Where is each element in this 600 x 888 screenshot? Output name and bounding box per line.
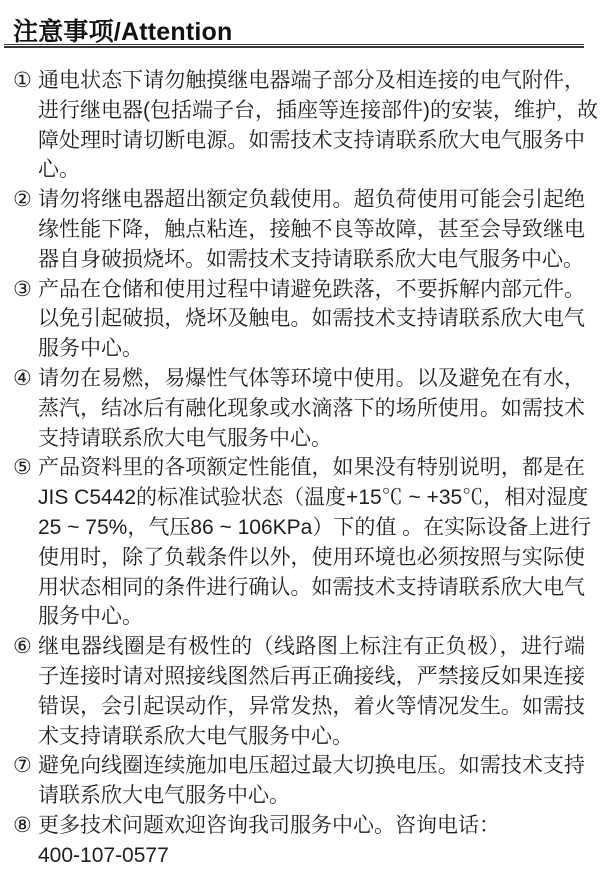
item-text-line: 继电器线圈是有极性的（线路图上标注有正负极），进行端: [38, 632, 585, 662]
item-text-line: 用状态相同的条件进行确认。如需技术支持请联系欣大电气: [38, 573, 585, 603]
item-text-line: 400-107-0577: [38, 841, 585, 871]
item-text-line: 请勿在易燃，易爆性气体等环境中使用。以及避免在有水，: [38, 364, 585, 394]
title-underline: [4, 44, 584, 48]
item-text-line: 请联系欣大电气服务中心。: [38, 781, 585, 811]
item-number-marker: ⑦: [13, 751, 38, 781]
item-number-marker: ①: [13, 66, 38, 96]
attention-item: ①通电状态下请勿触摸继电器端子部分及相连接的电气附件，进行继电器(包括端子台，插…: [13, 66, 585, 185]
attention-item: ②请勿将继电器超出额定负载使用。超负荷使用可能会引起绝缘性能下降，触点粘连，接触…: [13, 185, 585, 274]
item-number-marker: ④: [13, 364, 38, 394]
item-text-line: 子连接时请对照接线图然后再正确接线，严禁接反如果连接: [38, 662, 585, 692]
item-text-line: 支持请联系欣大电气服务中心。: [38, 424, 585, 454]
attention-document-page: 注意事项/Attention ①通电状态下请勿触摸继电器端子部分及相连接的电气附…: [0, 0, 600, 888]
item-text-line: 障处理时请切断电源。如需技术支持请联系欣大电气服务中: [38, 126, 585, 156]
attention-item: ③产品在仓储和使用过程中请避免跌落，不要拆解内部元件。以免引起破损，烧坏及触电。…: [13, 275, 585, 364]
attention-list: ①通电状态下请勿触摸继电器端子部分及相连接的电气附件，进行继电器(包括端子台，插…: [13, 66, 585, 871]
attention-item: ⑤产品资料里的各项额定性能值，如果没有特别说明，都是在JIS C5442的标准试…: [13, 453, 585, 632]
item-text-line: 25 ~ 75%，气压86 ~ 106KPa）下的值 。在实际设备上进行: [38, 513, 585, 543]
item-text-line: 服务中心。: [38, 334, 585, 364]
item-text-line: 服务中心。: [38, 602, 585, 632]
item-number-marker: ②: [13, 185, 38, 215]
item-text-line: 产品资料里的各项额定性能值，如果没有特别说明，都是在: [38, 453, 585, 483]
item-text-line: 蒸汽，结冰后有融化现象或水滴落下的场所使用。如需技术: [38, 394, 585, 424]
item-text-line: 避免向线圈连续施加电压超过最大切换电压。如需技术支持: [38, 751, 585, 781]
item-number-marker: ③: [13, 275, 38, 305]
attention-item: ⑦避免向线圈连续施加电压超过最大切换电压。如需技术支持请联系欣大电气服务中心。: [13, 751, 585, 811]
item-text-line: 心。: [38, 155, 585, 185]
item-text-line: 请勿将继电器超出额定负载使用。超负荷使用可能会引起绝: [38, 185, 585, 215]
item-number-marker: ⑧: [13, 811, 38, 841]
item-text-line: 进行继电器(包括端子台，插座等连接部件)的安装，维护，故: [38, 96, 585, 126]
item-text-line: 错误，会引起误动作，异常发热，着火等情况发生。如需技: [38, 692, 585, 722]
attention-item: ⑧更多技术问题欢迎咨询我司服务中心。咨询电话：400-107-0577: [13, 811, 585, 871]
item-text-line: 更多技术问题欢迎咨询我司服务中心。咨询电话：: [38, 811, 585, 841]
item-text-line: 使用时，除了负载条件以外，使用环境也必须按照与实际使: [38, 543, 585, 573]
item-text-line: 通电状态下请勿触摸继电器端子部分及相连接的电气附件，: [38, 66, 585, 96]
item-number-marker: ⑤: [13, 453, 38, 483]
page-title: 注意事项/Attention: [13, 12, 232, 48]
item-text-line: 器自身破损烧坏。如需技术支持请联系欣大电气服务中心。: [38, 245, 585, 275]
attention-item: ④请勿在易燃，易爆性气体等环境中使用。以及避免在有水，蒸汽，结冰后有融化现象或水…: [13, 364, 585, 453]
item-text-line: 以免引起破损，烧坏及触电。如需技术支持请联系欣大电气: [38, 304, 585, 334]
attention-item: ⑥继电器线圈是有极性的（线路图上标注有正负极），进行端子连接时请对照接线图然后再…: [13, 632, 585, 751]
item-text-line: 缘性能下降，触点粘连，接触不良等故障，甚至会导致继电: [38, 215, 585, 245]
item-text-line: 产品在仓储和使用过程中请避免跌落，不要拆解内部元件。: [38, 275, 585, 305]
item-text-line: JIS C5442的标准试验状态（温度+15℃ ~ +35℃，相对湿度: [38, 483, 585, 513]
item-number-marker: ⑥: [13, 632, 38, 662]
item-text-line: 术支持请联系欣大电气服务中心。: [38, 722, 585, 752]
